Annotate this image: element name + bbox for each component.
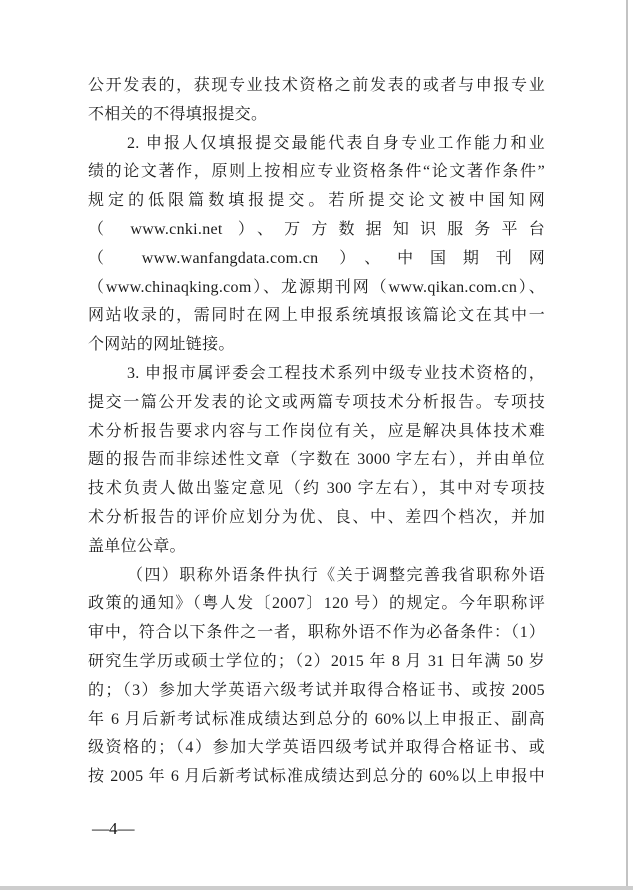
document-page: 公开发表的，获现专业技术资格之前发表的或者与申报专业不相关的不得填报提交。2. … — [0, 0, 633, 890]
page-number: —4— — [92, 819, 135, 839]
text-line: （ www.wanfangdata.com.cn ）、中国期刊网 — [88, 245, 545, 274]
text-line: 级资格的；（4）参加大学英语四级考试并取得合格证书、或 — [88, 734, 545, 763]
text-line: 年 6 月后新考试标准成绩达到总分的 60%以上申报正、副高 — [88, 706, 545, 735]
text-line: 按 2005 年 6 月后新考试标准成绩达到总分的 60%以上申报中 — [88, 763, 545, 792]
text-line: 审中，符合以下条件之一者，职称外语不作为必备条件：（1） — [88, 619, 545, 648]
text-line: 规定的低限篇数填报提交。若所提交论文被中国知网 — [88, 187, 545, 216]
text-line: 研究生学历或硕士学位的；（2）2015 年 8 月 31 日年满 50 岁 — [88, 648, 545, 677]
text-line: 的；（3）参加大学英语六级考试并取得合格证书、或按 2005 — [88, 677, 545, 706]
text-line: 提交一篇公开发表的论文或两篇专项技术分析报告。专项技 — [88, 389, 545, 418]
text-line: 不相关的不得填报提交。 — [88, 101, 545, 130]
text-line: 绩的论文著作，原则上按相应专业资格条件“论文著作条件” — [88, 158, 545, 187]
text-line: 题的报告而非综述性文章（字数在 3000 字左右），并由单位 — [88, 446, 545, 475]
text-line: 政策的通知》（粤人发〔2007〕120 号）的规定。今年职称评 — [88, 590, 545, 619]
text-line: 术分析报告的评价应划分为优、良、中、差四个档次，并加 — [88, 504, 545, 533]
text-line: （www.chinaqking.com）、龙源期刊网（www.qikan.com… — [88, 274, 545, 303]
text-line: 技术负责人做出鉴定意见（约 300 字左右），其中对专项技 — [88, 475, 545, 504]
page-bottom-edge-line — [0, 886, 633, 890]
text-line: 个网站的网址链接。 — [88, 331, 545, 360]
text-line: （四）职称外语条件执行《关于调整完善我省职称外语 — [88, 562, 545, 591]
text-line: （ www.cnki.net ）、万方数据知识服务平台 — [88, 216, 545, 245]
text-line: 盖单位公章。 — [88, 533, 545, 562]
text-line: 公开发表的，获现专业技术资格之前发表的或者与申报专业 — [88, 72, 545, 101]
text-line: 术分析报告要求内容与工作岗位有关，应是解决具体技术难 — [88, 418, 545, 447]
text-line: 3. 申报市属评委会工程技术系列中级专业技术资格的， — [88, 360, 545, 389]
text-line: 网站收录的，需同时在网上申报系统填报该篇论文在其中一 — [88, 302, 545, 331]
page-right-edge-line — [626, 0, 628, 890]
text-line: 2. 申报人仅填报提交最能代表自身专业工作能力和业 — [88, 130, 545, 159]
document-body-text: 公开发表的，获现专业技术资格之前发表的或者与申报专业不相关的不得填报提交。2. … — [88, 72, 545, 792]
